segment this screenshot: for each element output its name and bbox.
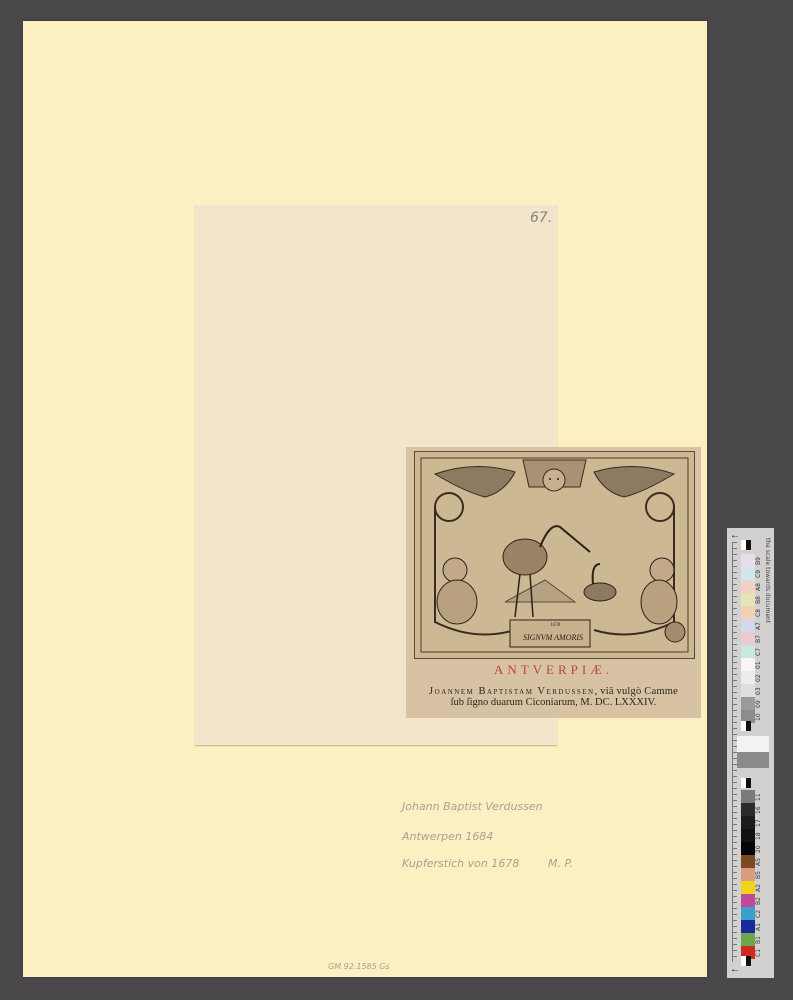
caption-line-1: Joannem Baptistam Verdussen, viâ vulgò C…: [406, 686, 701, 697]
registration-target-icon: [741, 540, 751, 550]
color-patch-label: 16: [755, 806, 762, 814]
color-patch-label: B2: [755, 897, 762, 905]
color-patch-b5: [741, 868, 755, 881]
color-patch-label: 11: [755, 793, 762, 801]
color-patch-label: 17: [755, 819, 762, 827]
color-patch-label: B5: [755, 871, 762, 879]
color-patch-label: A8: [755, 583, 762, 591]
gray-card: [737, 736, 769, 768]
color-patch-label: A2: [755, 884, 762, 892]
color-patch-a5: [741, 855, 755, 868]
color-patch-a2: [741, 881, 755, 894]
registration-target-icon: [741, 778, 751, 788]
color-patch-a8: [741, 580, 755, 593]
color-patch-c7: [741, 645, 755, 658]
color-patch-18: [741, 829, 755, 842]
svg-text:1678: 1678: [550, 623, 561, 628]
color-patch-c8: [741, 606, 755, 619]
engraving-plate: 1678 SIGNVM AMORIS: [414, 451, 695, 659]
color-calibration-strip: ← the scale towards document B9C9A8B8C8A…: [727, 528, 774, 978]
color-patch-11: [741, 790, 755, 803]
bookplate-print: 1678 SIGNVM AMORIS ANTVERPIÆ. Joannem Ba…: [406, 447, 701, 718]
color-patch-20: [741, 842, 755, 855]
pencil-note-4: M. P.: [548, 857, 573, 870]
inventory-number: 67.: [530, 210, 552, 226]
color-patch-label: B9: [755, 557, 762, 565]
color-patch-02: [741, 671, 755, 684]
caption-line-1-rest: , viâ vulgò Camme: [595, 686, 678, 697]
color-patch-b7: [741, 632, 755, 645]
color-patch-b8: [741, 593, 755, 606]
strip-label: the scale towards document: [764, 538, 771, 623]
pencil-note-1: Johann Baptist Verdussen: [402, 800, 543, 813]
arrow-left-icon: ←: [730, 530, 740, 541]
arrow-left-icon: ←: [730, 964, 740, 975]
print-caption: ANTVERPIÆ. Joannem Baptistam Verdussen, …: [406, 662, 701, 708]
color-patch-label: C7: [755, 648, 762, 656]
registration-target-icon: [741, 721, 751, 731]
color-patch-17: [741, 816, 755, 829]
color-patch-03: [741, 684, 755, 697]
caption-publisher-name: Joannem Baptistam Verdussen: [429, 686, 595, 697]
color-patch-label: 20: [755, 845, 762, 853]
color-patch-label: C2: [755, 910, 762, 918]
engraving-illustration: 1678 SIGNVM AMORIS: [415, 452, 694, 658]
color-patch-c9: [741, 567, 755, 580]
color-patch-b9: [741, 554, 755, 567]
color-patch-c2: [741, 907, 755, 920]
color-patch-label: B8: [755, 596, 762, 604]
mount-card: 1678 SIGNVM AMORIS ANTVERPIÆ. Joannem Ba…: [195, 205, 557, 745]
color-patch-label: 01: [755, 661, 762, 669]
color-patch-label: C1: [755, 949, 762, 957]
color-patch-label: B7: [755, 635, 762, 643]
caption-line-2: ſub ſigno duarum Ciconiarum, M. DC. LXXX…: [406, 697, 701, 708]
color-patch-label: B1: [755, 936, 762, 944]
color-patch-a7: [741, 619, 755, 632]
color-patch-a1: [741, 920, 755, 933]
color-patch-label: 10: [755, 713, 762, 721]
color-patch-09: [741, 697, 755, 710]
color-patch-label: A5: [755, 858, 762, 866]
color-patch-label: 03: [755, 687, 762, 695]
color-patch-01: [741, 658, 755, 671]
pencil-note-2: Antwerpen 1684: [402, 830, 493, 843]
accession-number: GM 92.1585 Gs: [328, 962, 390, 971]
pencil-note-3: Kupferstich von 1678: [402, 857, 519, 870]
color-patch-label: 09: [755, 700, 762, 708]
svg-text:SIGNVM AMORIS: SIGNVM AMORIS: [523, 633, 583, 642]
color-patch-label: C9: [755, 570, 762, 578]
color-patch-label: C8: [755, 609, 762, 617]
color-patch-label: 18: [755, 832, 762, 840]
color-patch-label: A7: [755, 622, 762, 630]
color-patch-b2: [741, 894, 755, 907]
caption-city: ANTVERPIÆ.: [406, 662, 701, 678]
color-patch-16: [741, 803, 755, 816]
color-patch-b1: [741, 933, 755, 946]
registration-target-icon: [741, 956, 751, 966]
color-patch-label: A1: [755, 923, 762, 931]
color-patch-label: 02: [755, 674, 762, 682]
